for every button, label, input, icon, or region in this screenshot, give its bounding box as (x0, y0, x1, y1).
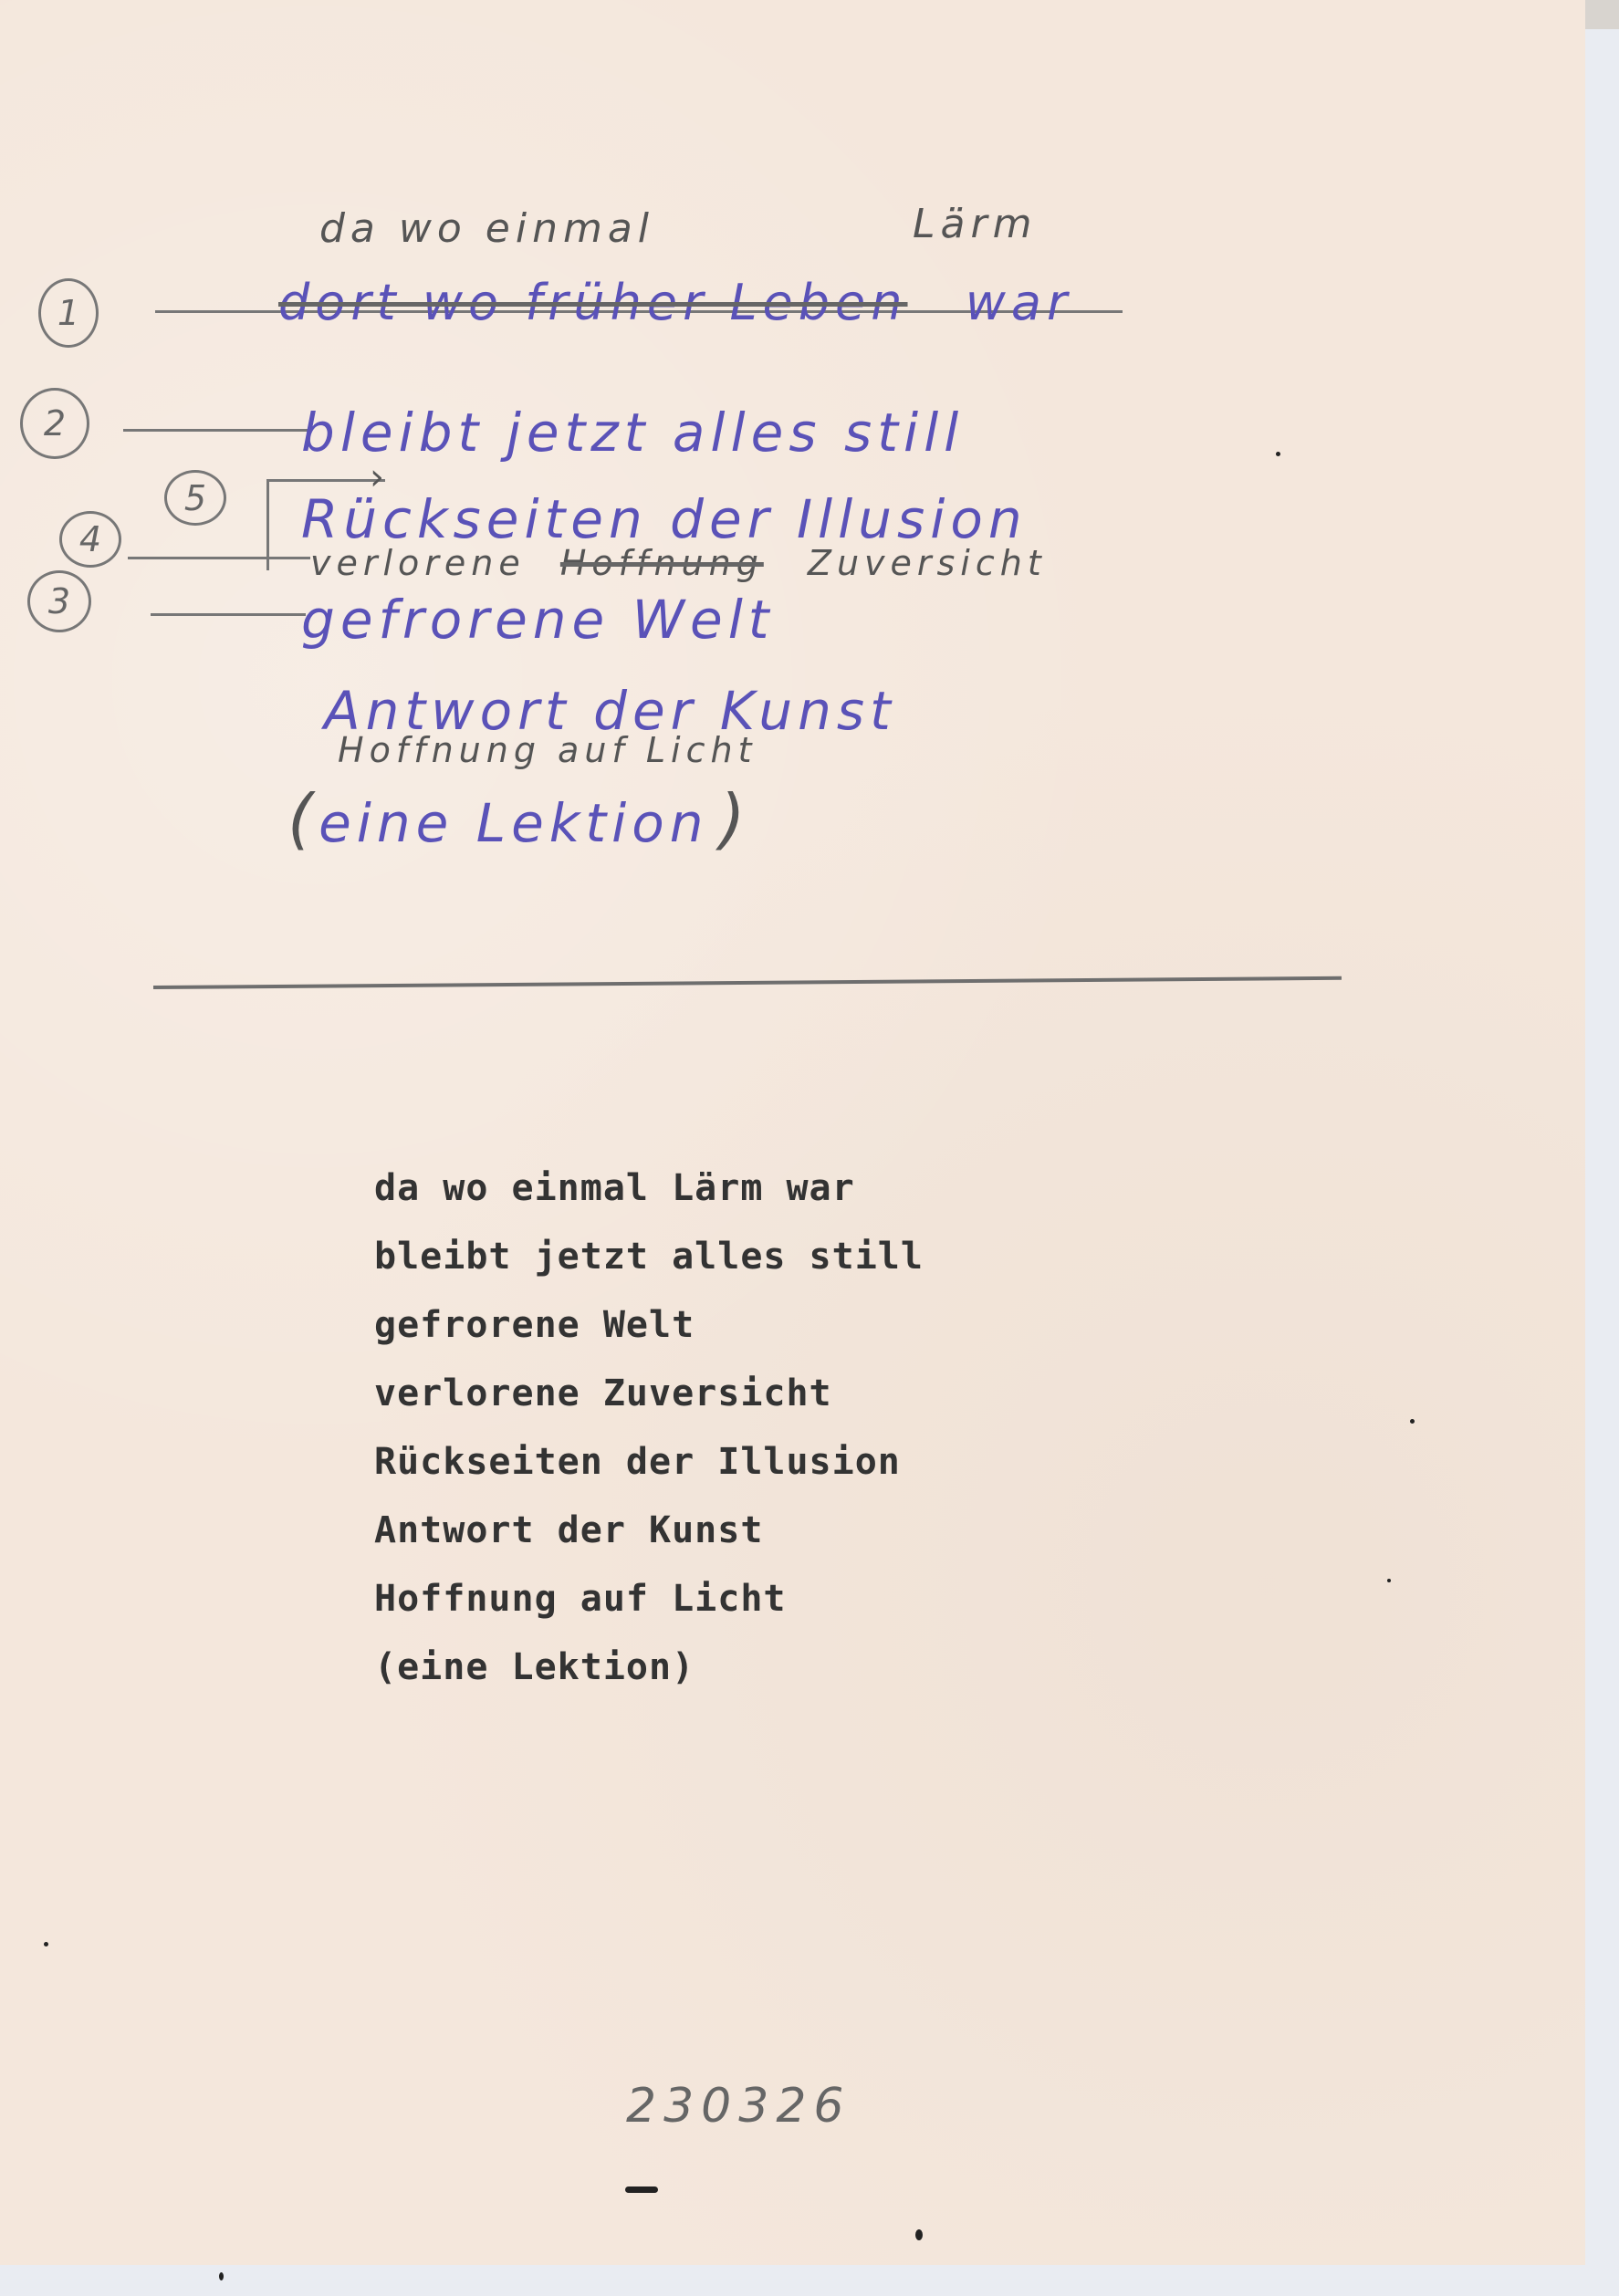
ink-speck (1387, 1579, 1391, 1582)
pencil-insert-line1: da wo einmal (319, 205, 654, 252)
pencil-insert-laerm: Lärm (913, 201, 1037, 247)
draft-line-4: verlorene Hoffnung Zuversicht (310, 543, 1047, 583)
typed-line: da wo einmal Lärm war (374, 1154, 924, 1223)
ink-speck (625, 2186, 658, 2193)
margin-number-2: 2 (20, 388, 89, 459)
draft-line-2: bleibt jetzt alles still (301, 402, 964, 464)
draft-line-8: (eine Lektion) (287, 780, 751, 857)
draft-line-3: Rückseiten der Illusion (301, 488, 1028, 550)
pencil-connector-2 (123, 429, 310, 432)
typed-line: gefrorene Welt (374, 1291, 924, 1360)
draft-line-1-struck: dort wo früher Leben war (278, 274, 1072, 331)
ink-speck (1276, 452, 1280, 456)
scanner-edge (1585, 0, 1619, 29)
typed-line: (eine Lektion) (374, 1633, 924, 1702)
typed-line: verlorene Zuversicht (374, 1360, 924, 1428)
draft-line-5: gefrorene Welt (301, 589, 775, 651)
draft-line-7-pencil: Hoffnung auf Licht (338, 730, 757, 770)
margin-number-3: 3 (27, 570, 91, 632)
ink-speck (44, 1942, 48, 1946)
typed-poem: da wo einmal Lärm war bleibt jetzt alles… (374, 1154, 924, 1702)
pencil-connector-3 (151, 613, 306, 616)
margin-number-1: 1 (38, 278, 99, 348)
margin-number-4: 4 (59, 511, 121, 568)
pencil-arrow-to-line2 (266, 479, 385, 482)
ink-speck (219, 2272, 224, 2280)
pencil-connector-4 (128, 557, 310, 559)
typed-line: Hoffnung auf Licht (374, 1565, 924, 1633)
margin-number-5: 5 (164, 470, 226, 526)
paper-sheet (0, 0, 1585, 2265)
typed-line: Rückseiten der Illusion (374, 1428, 924, 1497)
typed-line: Antwort der Kunst (374, 1497, 924, 1565)
ink-speck (1410, 1419, 1415, 1424)
typed-line: bleibt jetzt alles still (374, 1223, 924, 1291)
ink-speck (915, 2229, 923, 2240)
date-note: 230326 (626, 2079, 851, 2134)
